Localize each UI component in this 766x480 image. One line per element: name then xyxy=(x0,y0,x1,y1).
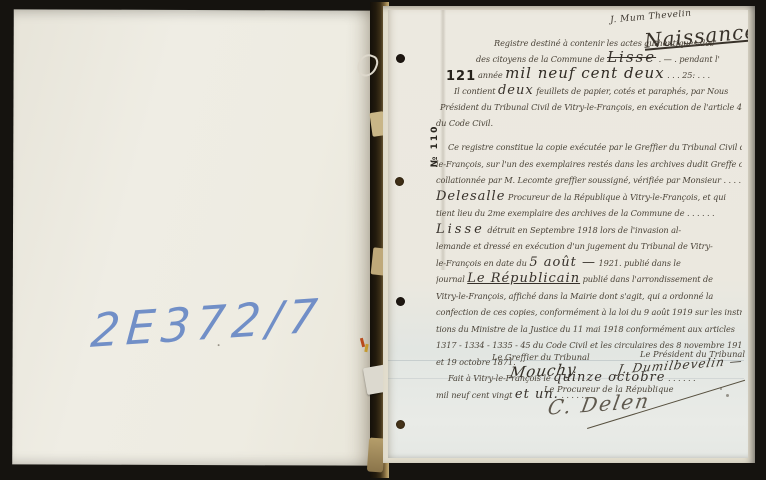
body-line: collationnée par M. Lecomte greffier sou… xyxy=(436,171,742,188)
body-line-text: détruit en Septembre 1918 lors de l'inva… xyxy=(485,225,681,235)
title-text: année xyxy=(478,70,505,80)
punch-hole xyxy=(396,297,405,306)
marginal-paraph: J. Mum Thevelin xyxy=(610,10,692,26)
body-script-word: 5 août — xyxy=(529,255,596,270)
archival-book-scan: 2E372/7 J. Mum Thevelin Naissances. 121 … xyxy=(0,0,766,480)
greffier-signature: Mouchy xyxy=(509,360,578,382)
title-word-year: mil neuf cent deux xyxy=(505,64,664,82)
paper-speck xyxy=(726,394,729,397)
body-script-word: Le Républicain xyxy=(467,271,580,286)
body-line-text: tions du Ministre de la Justice du 11 ma… xyxy=(436,324,735,334)
title-text: Registre destiné à contenir les actes au… xyxy=(494,38,714,48)
punch-hole xyxy=(396,420,405,429)
body-line-text: collationnée par M. Lecomte greffier sou… xyxy=(436,175,742,185)
body-script-word: Lisse xyxy=(436,222,485,237)
call-number-inscription: 2E372/7 xyxy=(89,288,325,358)
body-line: lemande et dressé en exécution d'un juge… xyxy=(436,237,742,254)
title-text: feuillets de papier, cotés et paraphés, … xyxy=(534,86,728,96)
body-line: journal Le Républicain publié dans l'arr… xyxy=(436,270,742,287)
punch-hole xyxy=(396,54,405,63)
title-line: Président du Tribunal Civil de Vitry-le-… xyxy=(440,98,742,114)
body-line: tient lieu du 2me exemplaire des archive… xyxy=(436,204,742,221)
body-line-text: Procureur de la République à Vitry-le-Fr… xyxy=(505,192,725,202)
title-text: du Code Civil. xyxy=(436,118,493,128)
body-line: confection de ces copies, conformément à… xyxy=(436,303,742,320)
body-line: Lisse détruit en Septembre 1918 lors de … xyxy=(436,221,742,238)
register-title-sheet: J. Mum Thevelin Naissances. 121 № 110 Re… xyxy=(388,10,748,458)
body-line-text: le-François en date du xyxy=(436,258,529,268)
body-line-text: . . . . . . xyxy=(665,373,695,383)
body-line: Delesalle Procureur de la République à V… xyxy=(436,188,742,205)
paper-speck xyxy=(218,344,220,346)
title-text: Il contient xyxy=(454,86,498,96)
title-text: . . . 25: . . . xyxy=(665,70,710,80)
handwritten-text-column: Registre destiné à contenir les actes au… xyxy=(436,34,742,402)
body-line-text: tient lieu du 2me exemplaire des archive… xyxy=(436,208,714,218)
title-line: du Code Civil. xyxy=(436,114,742,130)
body-line-text: Vitry-le-François, affiché dans la Mairi… xyxy=(436,291,713,301)
title-text: . — . pendant l' xyxy=(656,54,720,64)
body-line-text: lemande et dressé en exécution d'un juge… xyxy=(436,241,713,251)
body-line: Vitry-le-François, affiché dans la Mairi… xyxy=(436,287,742,304)
punch-hole xyxy=(395,177,404,186)
body-script-word: Delesalle xyxy=(436,189,505,204)
body-line-text: journal xyxy=(436,274,467,284)
left-page: 2E372/7 xyxy=(12,9,373,465)
body-line-text: publié dans l'arrondissement de xyxy=(580,274,713,284)
body-line-text: Ce registre constitue la copie exécutée … xyxy=(448,142,742,152)
paper-speck xyxy=(448,310,450,312)
title-word-count: deux xyxy=(498,83,534,98)
body-line-text: 1921. publié dans le xyxy=(596,258,681,268)
title-text: Président du Tribunal Civil de Vitry-le-… xyxy=(440,102,742,112)
body-line: le-François en date du 5 août — 1921. pu… xyxy=(436,254,742,271)
title-line: Il contient deux feuillets de papier, co… xyxy=(454,82,742,98)
body-line-text: confection de ces copies, conformément à… xyxy=(436,307,742,317)
body-line: le-François, sur l'un des exemplaires re… xyxy=(436,155,742,172)
body-line-text: le-François, sur l'un des exemplaires re… xyxy=(436,159,742,169)
body-line-text: mil neuf cent vingt xyxy=(436,390,515,400)
body-line: tions du Ministre de la Justice du 11 ma… xyxy=(436,320,742,337)
body-line: Ce registre constitue la copie exécutée … xyxy=(436,138,742,155)
title-text: des citoyens de la Commune de xyxy=(476,54,607,64)
title-line: année mil neuf cent deux . . . 25: . . . xyxy=(478,66,742,82)
paper-speck xyxy=(720,388,722,390)
